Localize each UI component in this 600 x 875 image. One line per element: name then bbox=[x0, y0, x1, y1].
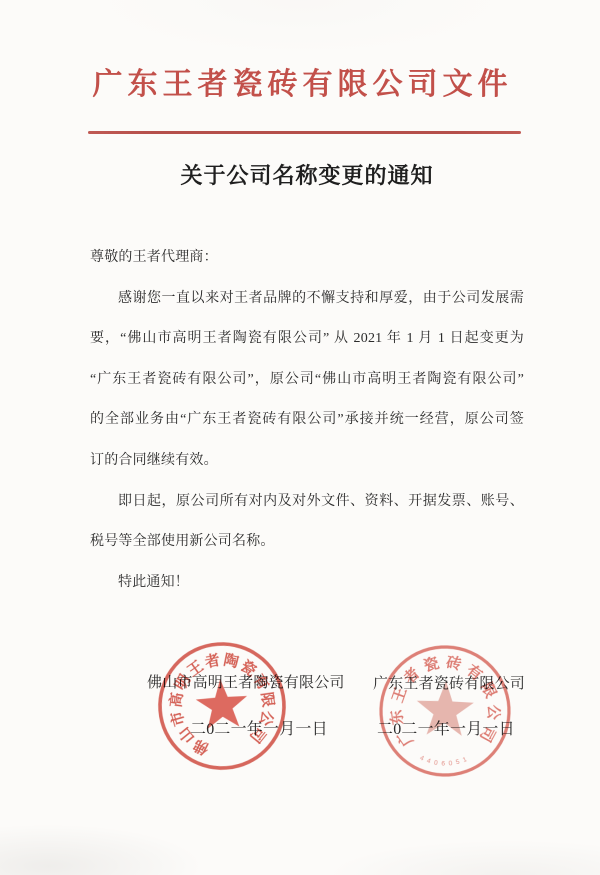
body-line: 感谢您一直以来对王者品牌的不懈支持和厚爱，由于公司发展需 bbox=[90, 279, 524, 320]
svg-text:0: 0 bbox=[433, 759, 438, 767]
notice-title: 关于公司名称变更的通知 bbox=[90, 160, 524, 192]
body-line: 要，“佛山市高明王者陶瓷有限公司” 从 2021 年 1 月 1 日起变更为 bbox=[90, 319, 524, 360]
document-page: 广东王者瓷砖有限公司文件 关于公司名称变更的通知 尊敬的王者代理商： 感谢您一直… bbox=[0, 0, 600, 875]
notice-body: 尊敬的王者代理商： 感谢您一直以来对王者品牌的不懈支持和厚爱，由于公司发展需 要… bbox=[90, 238, 524, 603]
svg-text:高: 高 bbox=[166, 691, 186, 708]
body-line: “广东王者瓷砖有限公司”，原公司“佛山市高明王者陶瓷有限公司” bbox=[90, 360, 524, 401]
signature-right-company: 广东王者瓷砖有限公司 bbox=[373, 672, 525, 693]
salutation: 尊敬的王者代理商： bbox=[90, 238, 524, 279]
signature-left-company: 佛山市高明王者陶瓷有限公司 bbox=[147, 671, 345, 692]
body-line: 特此通知！ bbox=[90, 563, 524, 604]
signature-left-date: 二0二一年一月一日 bbox=[190, 716, 328, 739]
company-letterhead-title: 广东王者瓷砖有限公司文件 bbox=[0, 64, 600, 106]
svg-text:限: 限 bbox=[258, 691, 278, 708]
body-line: 订的合同继续有效。 bbox=[90, 441, 524, 482]
signature-right-date: 二0二一年一月一日 bbox=[377, 716, 515, 739]
svg-text:0: 0 bbox=[448, 760, 453, 767]
svg-text:6: 6 bbox=[441, 760, 445, 767]
body-line: 税号等全部使用新公司名称。 bbox=[90, 522, 524, 563]
right-company-seal-icon: 广东王者瓷砖有限公司4406051 bbox=[357, 623, 533, 799]
left-company-seal-icon: 佛山市高明王者陶瓷有限公司 bbox=[131, 615, 312, 796]
body-line: 的全部业务由“广东王者瓷砖有限公司”承接并统一经营，原公司签 bbox=[90, 400, 524, 441]
body-line: 即日起，原公司所有对内及对外文件、资料、开据发票、账号、 bbox=[90, 482, 524, 523]
svg-text:陶: 陶 bbox=[222, 651, 240, 672]
svg-text:市: 市 bbox=[167, 709, 188, 728]
svg-text:佛: 佛 bbox=[190, 736, 212, 759]
svg-text:4: 4 bbox=[419, 755, 426, 763]
svg-text:5: 5 bbox=[455, 759, 461, 767]
svg-text:4: 4 bbox=[426, 758, 432, 766]
svg-text:砖: 砖 bbox=[444, 653, 463, 674]
letterhead-divider bbox=[88, 131, 521, 134]
svg-text:1: 1 bbox=[462, 756, 468, 764]
svg-text:者: 者 bbox=[203, 651, 221, 672]
